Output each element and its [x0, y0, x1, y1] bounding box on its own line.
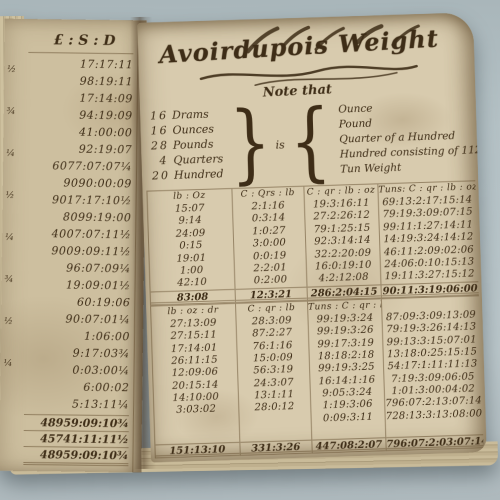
ledger-row: 5:13:11¼ — [24, 395, 129, 413]
ledger-row: 90:07:01¼ — [25, 310, 130, 328]
ledger-row: 17:14:09 — [28, 89, 133, 107]
fraction-note: ¼ — [6, 149, 21, 191]
ledger-row: 8099:19:00 — [26, 208, 131, 226]
table-column-c-qr-lb-oz: C : qr : lb : oz 19:3:16:1127:2:26:1279:… — [304, 184, 382, 300]
ledger-total-row: 45741:11:11½ — [24, 430, 129, 447]
conversion-unit: Hundred — [174, 166, 224, 183]
table-row: 28:0:12 — [239, 401, 311, 416]
ledger-row: 98:19:11 — [28, 72, 133, 90]
ledger-totals: 48959:09:10¾45741:11:11½48959:09:10¾ — [23, 414, 129, 466]
fraction-note: ¼ — [5, 233, 20, 275]
conversion-unit: Quarters — [173, 151, 223, 168]
column-rows: 2:1:160:3:141:0:273:0:000:0:192:2:010:2:… — [232, 200, 306, 289]
ledger-total-row: 48959:09:10¾ — [24, 414, 129, 431]
column-total: 447:08:2:07 — [312, 437, 385, 453]
conversion-row: 20 Hundred — [152, 166, 224, 183]
close-brace-icon: { — [288, 103, 332, 184]
column-rows: 28:3:0987:2:2776:1:1615:0:0956:3:1924:3:… — [236, 314, 311, 441]
fraction-note: ½ — [7, 65, 22, 107]
column-rows: 15:079:1424:090:1519:011:0042:10 — [148, 202, 234, 291]
conversion-qty: 16 — [150, 108, 172, 124]
conversion-qty: 16 — [150, 123, 172, 139]
table-column-tuns-continued: 87:09:3:09:13:0979:19:3:26:14:1399:13:3:… — [382, 296, 484, 451]
conversion-unit: Drams — [172, 106, 222, 123]
fraction-note: ¼ — [3, 359, 18, 401]
table-row: 16:14:1:16 — [310, 374, 383, 389]
table-column-lb-oz-dr: lb : oz : dr 27:13:0927:15:1117:14:0126:… — [150, 304, 240, 459]
column-total: 151:13:10 — [155, 442, 239, 459]
ledger-row: 9:17:03¾ — [25, 344, 130, 362]
conversion-qty: 28 — [151, 138, 173, 154]
ledger-row: 96:07:09¼ — [26, 259, 131, 277]
ledger-row: 17:17:11 — [28, 55, 133, 73]
ledger-rows: 17:17:1198:19:1117:14:0994:19:0941:00:00… — [24, 55, 133, 413]
column-rows: 99:19:3:2499:19:3:2699:17:3:1918:18:2:18… — [308, 312, 385, 439]
photo-background: ½¾¼½¼¾½¼ £ : S : D 17:17:1198:19:1117:14… — [0, 0, 500, 500]
conversion-table: 16 Drams 16 Ounces 28 Pounds 4 Quarters — [150, 98, 474, 188]
ledger-row: 6077:07:07¼ — [27, 157, 132, 175]
weight-tables: lb : Oz 15:079:1424:090:1519:011:0042:10… — [146, 180, 483, 458]
ledger-row: 0:03:00¼ — [24, 361, 129, 379]
table-row: 0:09:3:11 — [311, 411, 384, 426]
ledger-row: 41:00:00 — [27, 123, 132, 141]
table-column-c-qrs-lb: C : Qrs : lb 2:1:160:3:141:0:273:0:000:0… — [232, 187, 308, 303]
ledger-row: 19:09:01½ — [25, 276, 130, 294]
ledger-row: 9009:09:11½ — [26, 242, 131, 260]
ledger-row: 94:19:09 — [28, 106, 133, 124]
fraction-note: ½ — [4, 317, 19, 359]
column-total: 796:07:2:03:07:14 — [386, 434, 483, 451]
column-rows: 27:13:0927:15:1117:14:0126:11:1512:09:06… — [151, 317, 238, 445]
weight-table-upper: lb : Oz 15:079:1424:090:1519:011:0042:10… — [146, 180, 478, 305]
currency-header: £ : S : D — [28, 27, 133, 54]
margin-fraction-column: ½¾¼½¼¾½¼ — [3, 65, 21, 401]
column-rows: 69:13:2:17:15:1479:19:3:09:07:1599:11:1:… — [379, 194, 479, 284]
book: ½¾¼½¼¾½¼ £ : S : D 17:17:1198:19:1117:14… — [0, 2, 500, 480]
right-page: Avoirdupois Weight Note that 16 Drams 16… — [137, 12, 487, 462]
ledger-row: 9017:17:10½ — [26, 191, 131, 209]
table-column-tuns-c-qr-lb: Tuns : C : qr : lb 99:19:3:2499:19:3:269… — [308, 299, 387, 454]
table-row: 728:13:3:13:08:00 — [385, 408, 482, 423]
ledger-row: 4007:07:11½ — [26, 225, 131, 243]
table-column-tuns: Tuns: C : qr : lb : oz : dr 69:13:2:17:1… — [378, 181, 479, 298]
weight-table-lower: lb : oz : dr 27:13:0927:15:1117:14:0126:… — [150, 295, 484, 459]
ledger-row: 9090:00:09 — [27, 174, 132, 192]
fraction-note: ¾ — [4, 275, 19, 317]
left-page: ½¾¼½¼¾½¼ £ : S : D 17:17:1198:19:1117:14… — [0, 19, 147, 473]
is-label: is — [275, 138, 285, 151]
conversion-unit: Pounds — [173, 136, 223, 153]
ledger-total-row: 48959:09:10¾ — [23, 446, 128, 463]
open-brace-icon: } — [228, 105, 272, 186]
column-total: 331:3:26 — [240, 440, 312, 456]
ledger-column: £ : S : D 17:17:1198:19:1117:14:0994:19:… — [23, 27, 138, 472]
table-row: 3:03:02 — [154, 403, 238, 418]
table-column-lb-oz: lb : Oz 15:079:1424:090:1519:011:0042:10… — [146, 189, 235, 305]
ledger-row: 60:19:06 — [25, 293, 130, 311]
fraction-note: ½ — [5, 191, 20, 233]
conversion-quantities: 16 Drams 16 Ounces 28 Pounds 4 Quarters — [150, 106, 224, 188]
fraction-note: ¾ — [6, 107, 21, 149]
conversion-results: Ounce Pound Quarter of a Hundred Hundred… — [338, 98, 487, 183]
column-rows: 19:3:16:1127:2:26:1279:1:25:1592:3:14:14… — [305, 197, 381, 286]
column-rows: 87:09:3:09:13:0979:19:3:26:14:1399:13:3:… — [382, 309, 483, 437]
conversion-unit: Ounces — [172, 121, 222, 138]
ledger-row: 92:19:07 — [27, 140, 132, 158]
conversion-qty: 20 — [152, 168, 174, 184]
conversion-qty: 4 — [151, 153, 173, 169]
table-column-c-qr-lb: C : qr : lb 28:3:0987:2:2776:1:1615:0:09… — [236, 301, 313, 455]
ledger-row: 6:00:02 — [24, 378, 129, 396]
ledger-row: 1:06:00 — [25, 327, 130, 345]
